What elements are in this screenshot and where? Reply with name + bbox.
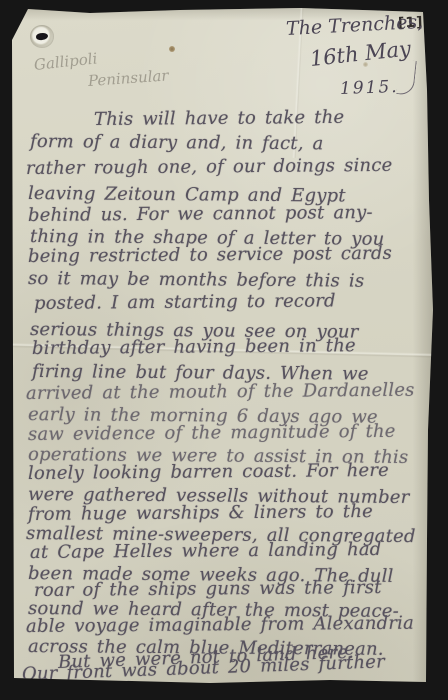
handwritten-line: lonely looking barren coast. For here [28,460,389,484]
handwritten-line: form of a diary and, in fact, a [30,131,324,154]
handwritten-line: able voyage imaginable from Alexandria [26,613,414,637]
handwritten-line: so it may be months before this is [28,268,365,292]
letter-page: [1] The Trenches, 16th May 1915. Gallipo… [0,0,448,700]
letter-scan: [1] The Trenches, 16th May 1915. Gallipo… [0,0,448,700]
archive-note-line2: Peninsular [87,66,169,90]
archive-note-line1: Gallipoli [33,49,98,74]
handwritten-line: roar of the ships guns was the first [34,577,382,601]
handwritten-line: saw evidence of the magnitude of the [28,421,396,445]
heading-date: 16th May [309,36,412,70]
handwritten-line: birthday after having been in the [32,335,356,359]
punch-hole-fastener [36,32,49,41]
handwritten-line: arrived at the mouth of the Dardanelles [26,380,415,404]
heading-year: 1915. [340,77,399,99]
punch-hole [30,25,54,48]
paper-stain-fleck [169,46,175,52]
handwritten-line: rather rough one, of our doings since [26,155,393,179]
handwritten-line: from huge warships & liners to the [28,501,373,525]
handwritten-line: posted. I am starting to record [34,290,336,314]
handwritten-line: This will have to take the [94,107,344,130]
handwritten-line: at Cape Helles where a landing had [30,539,382,563]
paper-edge-shadow-right [410,0,436,700]
handwritten-line: behind us. For we cannot post any- [28,202,373,226]
handwritten-line: being restricted to service post cards [28,243,392,267]
